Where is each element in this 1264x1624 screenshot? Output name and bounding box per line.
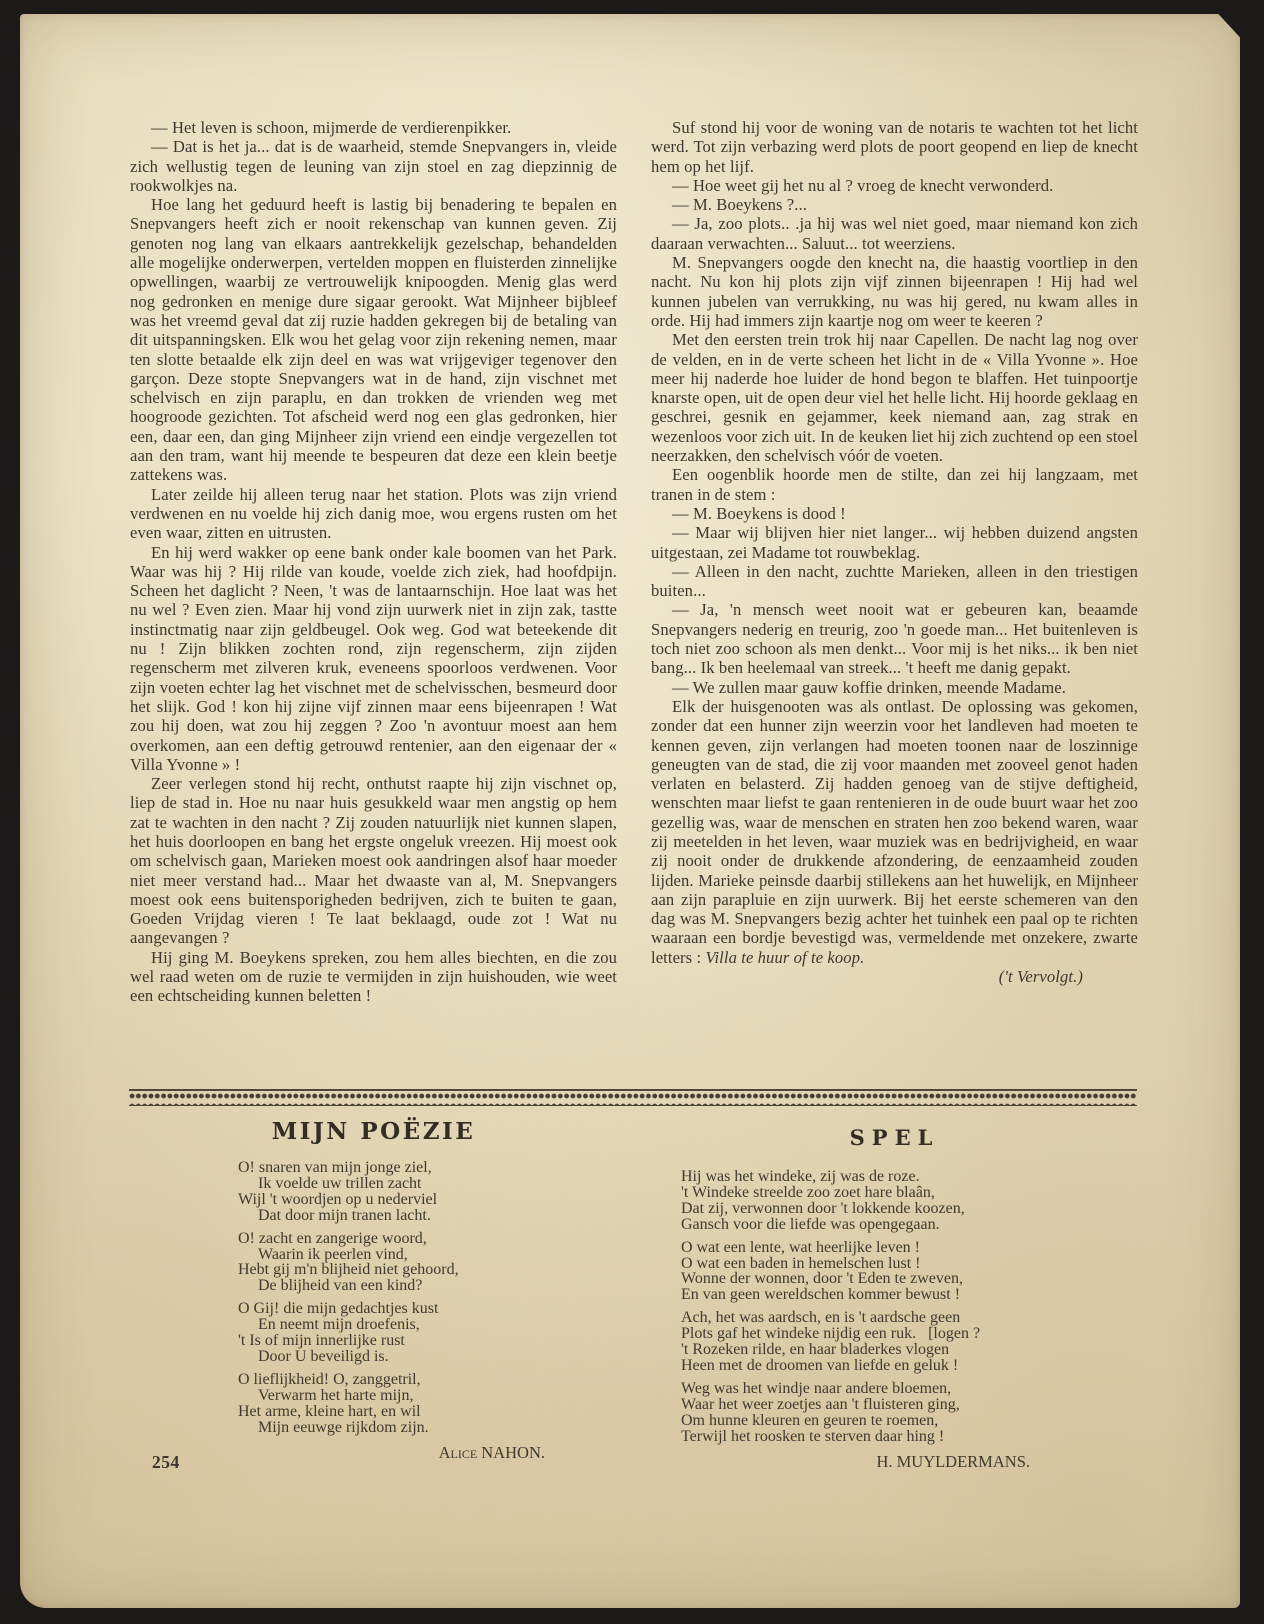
poem-line: Wonne der wonnen, door 't Eden te zweven…	[681, 1271, 1138, 1287]
poem-line: O wat een lente, wat heerlijke leven !	[681, 1240, 1138, 1256]
poem-body: Hij was het windeke, zij was de roze. 't…	[681, 1169, 1138, 1445]
poem-line: En neemt mijn droefenis,	[238, 1317, 617, 1333]
poem-author-alice-nahon: Alice NAHON.	[130, 1443, 617, 1463]
poem-line: Plots gaf het windeke nijdig een ruk. [l…	[681, 1326, 1138, 1342]
story-paragraph: — Dat is het ja... dat is de waarheid, s…	[130, 137, 617, 195]
paper-corner-cut	[1217, 13, 1241, 39]
poem-line: O wat een baden in hemelschen lust !	[681, 1256, 1138, 1272]
story-paragraph: Met den eersten trein trok hij naar Cape…	[651, 330, 1138, 465]
poem-title-spel: SPEL	[651, 1125, 1138, 1150]
story-paragraph: — Ja, zoo plots.. .ja hij was wel niet g…	[651, 214, 1138, 253]
poem-line: Hij was het windeke, zij was de roze.	[681, 1169, 1138, 1185]
story-paragraph: Later zeilde hij alleen terug naar het s…	[130, 485, 617, 543]
decorative-separator-rule	[129, 1089, 1137, 1106]
poem-spel: SPEL Hij was het windeke, zij was de roz…	[651, 1118, 1138, 1472]
poem-author-muyldermans: H. MUYLDERMANS.	[651, 1452, 1138, 1472]
continuation-note: ('t Vervolgt.)	[651, 967, 1138, 986]
story-paragraph: Een oogenblik hoorde men de stilte, dan …	[651, 465, 1138, 504]
story-paragraph: Hij ging M. Boeykens spreken, zou hem al…	[130, 948, 617, 1006]
story-columns: — Het leven is schoon, mijmerde de verdi…	[130, 118, 1138, 1096]
story-paragraph: — M. Boeykens is dood !	[651, 504, 1138, 523]
story-paragraph: — Maar wij blijven hier niet langer... w…	[651, 523, 1138, 562]
poem-line: Door U beveiligd is.	[238, 1349, 617, 1365]
poem-title-mijn-poezie: MIJN POËZIE	[130, 1118, 617, 1145]
poem-stanza: Hij was het windeke, zij was de roze. 't…	[681, 1169, 1138, 1233]
poem-line: Wijl 't woordjen op u nederviel	[238, 1192, 617, 1208]
story-column-right: Suf stond hij voor de woning van de nota…	[651, 118, 1138, 1096]
story-paragraph: — M. Boeykens ?...	[651, 195, 1138, 214]
page-number: 254	[152, 1452, 180, 1473]
poem-line: De blijheid van een kind?	[238, 1278, 617, 1294]
poem-line: Weg was het windje naar andere bloemen,	[681, 1381, 1138, 1397]
villa-sign-text: Villa te huur of te koop.	[705, 948, 864, 967]
story-paragraph: — Hoe weet gij het nu al ? vroeg de knec…	[651, 176, 1138, 195]
poem-line: Om hunne kleuren en geuren te roemen,	[681, 1413, 1138, 1429]
poem-line: 't Rozeken rilde, en haar bladerkes vlog…	[681, 1342, 1138, 1358]
poem-line: O! zacht en zangerige woord,	[238, 1231, 617, 1247]
poem-line: Gansch voor die liefde was opengegaan.	[681, 1217, 1138, 1233]
poem-stanza: O! snaren van mijn jonge ziel, Ik voelde…	[238, 1160, 617, 1224]
poem-line: Mijn eeuwge rijkdom zijn.	[238, 1420, 617, 1436]
poem-stanza: Ach, het was aardsch, en is 't aardsche …	[681, 1310, 1138, 1374]
story-paragraph: Zeer verlegen stond hij recht, onthutst …	[130, 774, 617, 948]
poems-section: MIJN POËZIE O! snaren van mijn jonge zie…	[130, 1118, 1138, 1472]
poem-stanza: O Gij! die mijn gedachtjes kust En neemt…	[238, 1301, 617, 1365]
story-column-left: — Het leven is schoon, mijmerde de verdi…	[130, 118, 617, 1096]
poem-line: En van geen wereldschen kommer bewust !	[681, 1287, 1138, 1303]
poem-line: Hebt gij m'n blijheid niet gehoord,	[238, 1262, 617, 1278]
poem-stanza: O lieflijkheid! O, zanggetril, Verwarm h…	[238, 1372, 617, 1436]
poem-line: Ach, het was aardsch, en is 't aardsche …	[681, 1310, 1138, 1326]
poem-line: O! snaren van mijn jonge ziel,	[238, 1160, 617, 1176]
story-paragraph: — Het leven is schoon, mijmerde de verdi…	[130, 118, 617, 137]
poem-line: Verwarm het harte mijn,	[238, 1388, 617, 1404]
poem-line: Ik voelde uw trillen zacht	[238, 1176, 617, 1192]
poem-mijn-poezie: MIJN POËZIE O! snaren van mijn jonge zie…	[130, 1118, 617, 1472]
poem-line: 't Windeke streelde zoo zoet hare blaân,	[681, 1185, 1138, 1201]
poem-line: Het arme, kleine hart, en wil	[238, 1404, 617, 1420]
poem-stanza: O wat een lente, wat heerlijke leven ! O…	[681, 1240, 1138, 1304]
poem-body: O! snaren van mijn jonge ziel, Ik voelde…	[238, 1160, 617, 1436]
story-paragraph: — Alleen in den nacht, zuchtte Marieken,…	[651, 562, 1138, 601]
poem-stanza: O! zacht en zangerige woord, Waarin ik p…	[238, 1231, 617, 1295]
scanned-page: — Het leven is schoon, mijmerde de verdi…	[0, 0, 1264, 1624]
story-paragraph: — We zullen maar gauw koffie drinken, me…	[651, 678, 1138, 697]
story-paragraph: Suf stond hij voor de woning van de nota…	[651, 118, 1138, 176]
poem-line: Dat zij, verwonnen door 't lokkende kooz…	[681, 1201, 1138, 1217]
story-paragraph-final: Elk der huisgenooten was als ontlast. De…	[651, 697, 1138, 967]
poem-line: Waar het weer zoetjes aan 't fluisteren …	[681, 1397, 1138, 1413]
story-final-text: Elk der huisgenooten was als ontlast. De…	[651, 697, 1138, 967]
story-paragraph: Hoe lang het geduurd heeft is lastig bij…	[130, 195, 617, 484]
poem-line: Terwijl het roosken te sterven daar hing…	[681, 1429, 1138, 1445]
story-paragraph: En hij werd wakker op eene bank onder ka…	[130, 543, 617, 775]
poem-line: Dat door mijn tranen lacht.	[238, 1208, 617, 1224]
poem-line: 't Is of mijn innerlijke rust	[238, 1333, 617, 1349]
poem-line: Waarin ik peerlen vind,	[238, 1247, 617, 1263]
poem-line: Heen met de droomen van liefde en geluk …	[681, 1358, 1138, 1374]
poem-line: O Gij! die mijn gedachtjes kust	[238, 1301, 617, 1317]
poem-line: O lieflijkheid! O, zanggetril,	[238, 1372, 617, 1388]
poem-stanza: Weg was het windje naar andere bloemen, …	[681, 1381, 1138, 1445]
story-paragraph: — Ja, 'n mensch weet nooit wat er gebeur…	[651, 600, 1138, 677]
story-paragraph: M. Snepvangers oogde den knecht na, die …	[651, 253, 1138, 330]
